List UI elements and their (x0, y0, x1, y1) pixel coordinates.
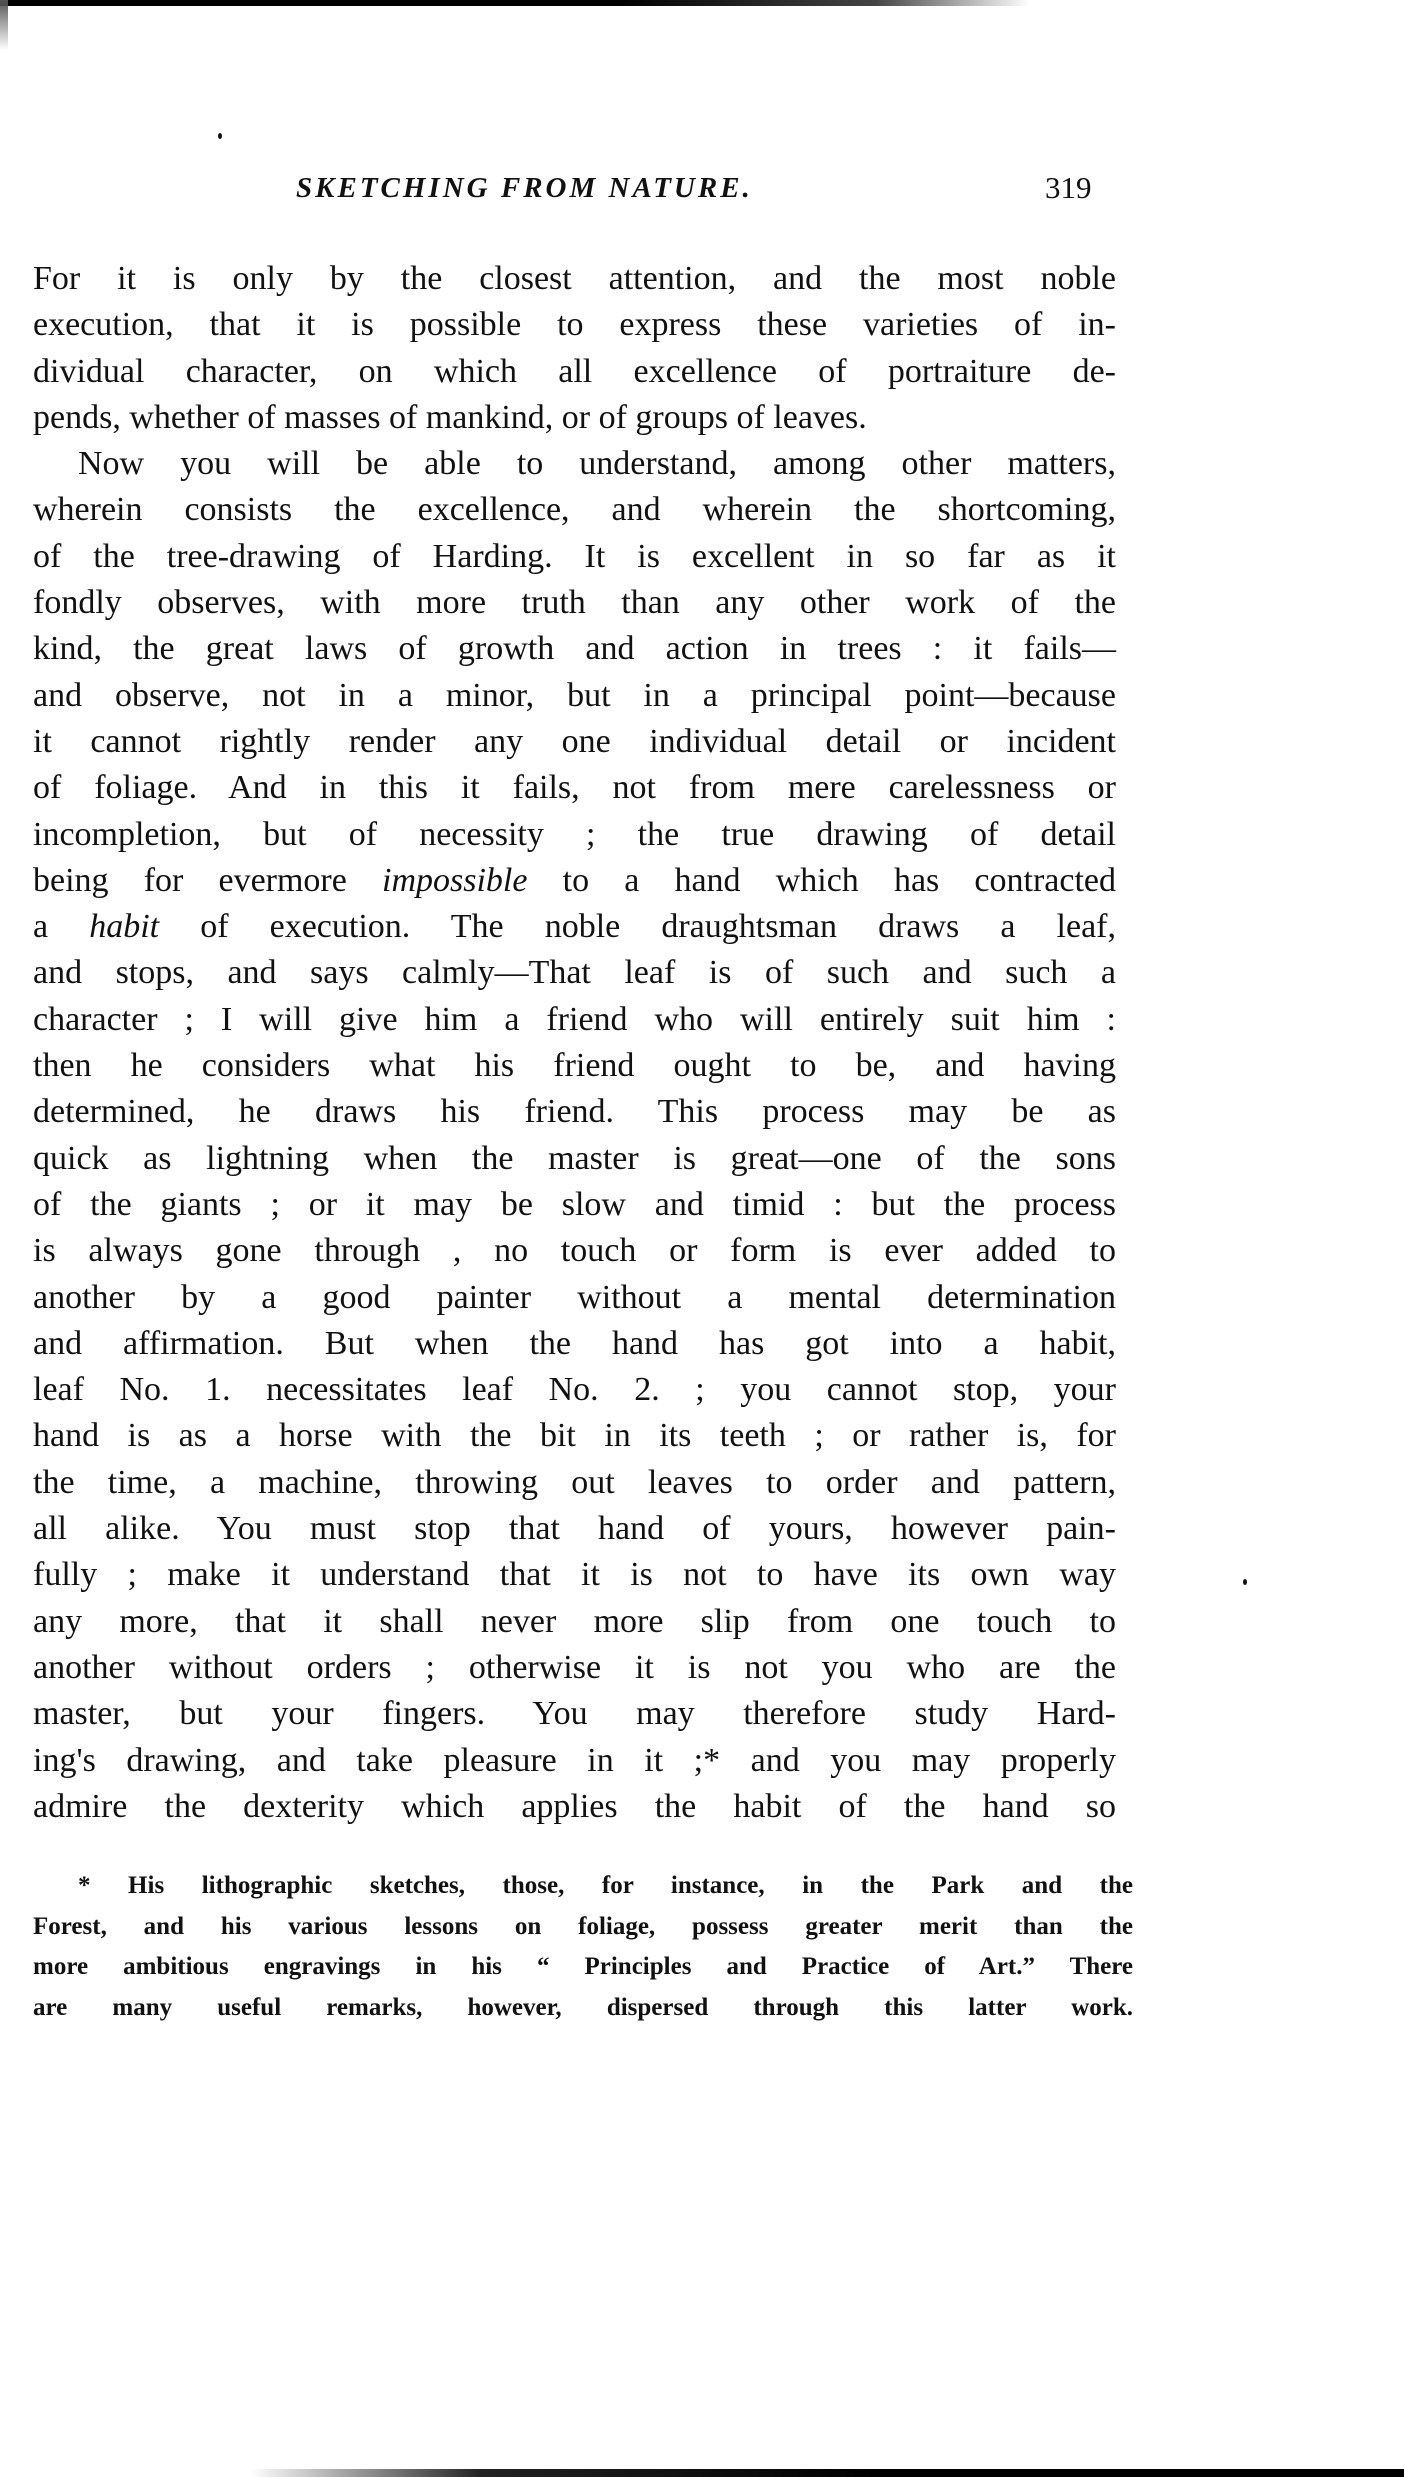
text-line: another by a good painter without a ment… (33, 1275, 1116, 1321)
text-line-with-emphasis: a habit of execution. The noble draughts… (33, 904, 1116, 950)
text-line: it cannot rightly render any one individ… (33, 719, 1116, 765)
scan-shadow-bottom (250, 2469, 1404, 2477)
text-line-with-emphasis: being for evermore impossible to a hand … (33, 858, 1116, 904)
text-line: quick as lightning when the master is gr… (33, 1136, 1116, 1182)
text-segment: a (33, 908, 89, 945)
text-line: of the giants ; or it may be slow and ti… (33, 1182, 1116, 1228)
footnote: * His lithographic sketches, those, for … (33, 1866, 1133, 2028)
text-line: execution, that it is possible to expres… (33, 302, 1116, 348)
text-line: For it is only by the closest attention,… (33, 256, 1116, 302)
running-head: Sketching from Nature. (296, 172, 753, 205)
scan-shadow-corner (0, 0, 8, 50)
text-line: admire the dexterity which applies the h… (33, 1784, 1116, 1830)
text-line: master, but your fingers. You may theref… (33, 1691, 1116, 1737)
text-line: and observe, not in a minor, but in a pr… (33, 673, 1116, 719)
text-line: kind, the great laws of growth and actio… (33, 626, 1116, 672)
text-line: wherein consists the excellence, and whe… (33, 487, 1116, 533)
text-line: and affirmation. But when the hand has g… (33, 1321, 1116, 1367)
text-line: ing's drawing, and take pleasure in it ;… (33, 1738, 1116, 1784)
page-number: 319 (1045, 170, 1092, 206)
text-line: pends, whether of masses of mankind, or … (33, 395, 1116, 441)
ink-speck (1243, 1579, 1247, 1585)
text-line: hand is as a horse with the bit in its t… (33, 1413, 1116, 1459)
footnote-line: * His lithographic sketches, those, for … (33, 1866, 1133, 1907)
text-line: fully ; make it understand that it is no… (33, 1552, 1116, 1598)
paragraph-start-line: Now you will be able to understand, amon… (33, 441, 1116, 487)
text-line: any more, that it shall never more slip … (33, 1599, 1116, 1645)
text-line: the time, a machine, throwing out leaves… (33, 1460, 1116, 1506)
text-line: leaf No. 1. necessitates leaf No. 2. ; y… (33, 1367, 1116, 1413)
text-line: determined, he draws his friend. This pr… (33, 1089, 1116, 1135)
text-line: fondly observes, with more truth than an… (33, 580, 1116, 626)
text-line: incompletion, but of necessity ; the tru… (33, 812, 1116, 858)
footnote-line: are many useful remarks, however, disper… (33, 1988, 1133, 2029)
text-segment: to a hand which has contracted (527, 862, 1116, 899)
text-line: of foliage. And in this it fails, not fr… (33, 765, 1116, 811)
text-line: all alike. You must stop that hand of yo… (33, 1506, 1116, 1552)
text-segment: being for evermore (33, 862, 382, 899)
emphasis-habit: habit (89, 908, 159, 945)
body-text: For it is only by the closest attention,… (33, 256, 1116, 1830)
page-header: Sketching from Nature. 319 (0, 172, 1404, 212)
scan-shadow-top (0, 0, 1030, 6)
text-line: is always gone through , no touch or for… (33, 1228, 1116, 1274)
footnote-line: Forest, and his various lessons on folia… (33, 1907, 1133, 1948)
emphasis-impossible: impossible (382, 862, 527, 899)
footnote-line: more ambitious engravings in his “ Princ… (33, 1947, 1133, 1988)
text-line: another without orders ; otherwise it is… (33, 1645, 1116, 1691)
text-line: of the tree-drawing of Harding. It is ex… (33, 534, 1116, 580)
text-line: and stops, and says calmly—That leaf is … (33, 950, 1116, 996)
text-line: then he considers what his friend ought … (33, 1043, 1116, 1089)
text-line: character ; I will give him a friend who… (33, 997, 1116, 1043)
ink-speck (218, 133, 222, 139)
text-line: dividual character, on which all excelle… (33, 349, 1116, 395)
text-segment: of execution. The noble draughtsman draw… (159, 908, 1116, 945)
